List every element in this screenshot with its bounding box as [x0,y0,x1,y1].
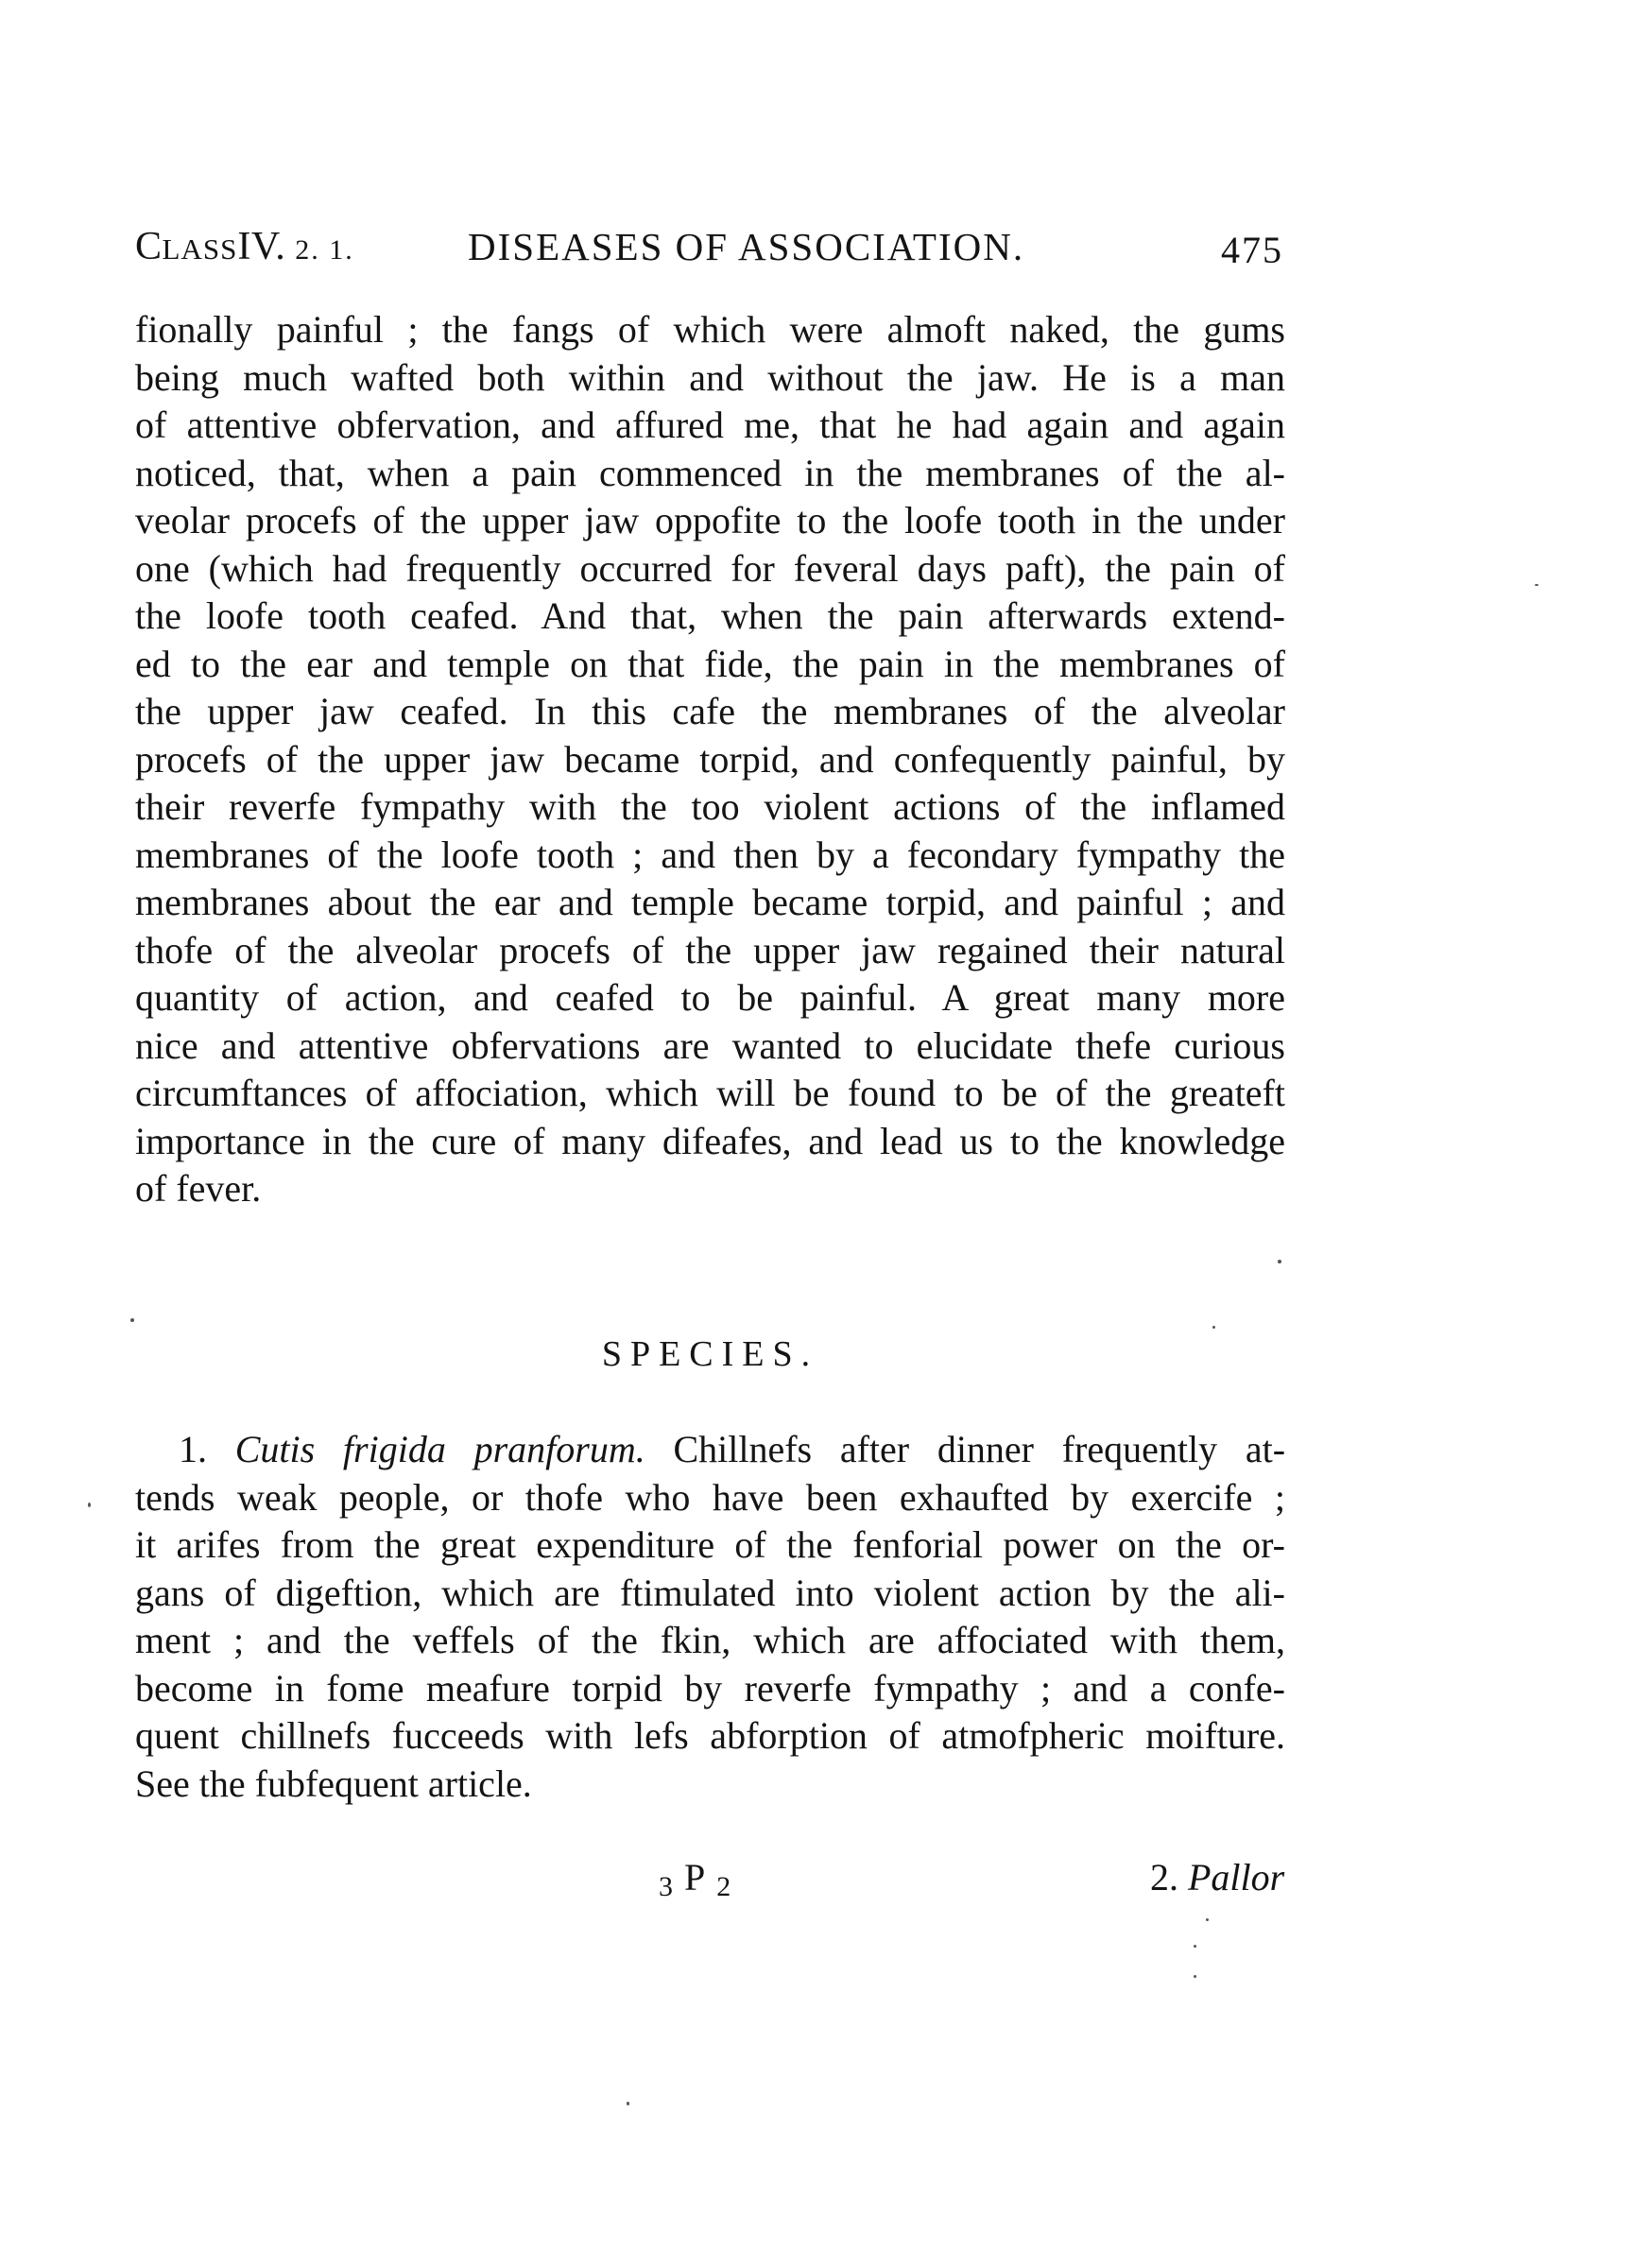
catchword-number: 2. [1150,1856,1178,1899]
text-line: See the fubfequent article. [135,1761,1285,1809]
running-header: CLASSIV.2. 1. DISEASES OF ASSOCIATION. 4… [135,223,1285,270]
text-line: tends weak people, or thofe who have bee… [135,1474,1285,1522]
scan-speck [1535,584,1538,586]
text-line: membranes of the loofe tooth ; and then … [135,832,1285,880]
text-line: membranes about the ear and temple becam… [135,879,1285,927]
text-line: importance in the cure of many difeafes,… [135,1118,1285,1166]
class-label: CLASSIV.2. 1. [135,223,354,274]
text-line: ed to the ear and temple on that fide, t… [135,641,1285,689]
text-line: of attentive obfervation, and affured me… [135,402,1285,450]
text-line: thofe of the alveolar procefs of the upp… [135,927,1285,975]
scan-speck [1194,1975,1196,1978]
scan-speck [1278,1260,1281,1263]
signature-mark: 3P2 [659,1854,731,1905]
text-line: veolar procefs of the upper jaw oppofite… [135,497,1285,545]
text-line: gans of digeftion, which are ftimulated … [135,1570,1285,1618]
running-title: DISEASES OF ASSOCIATION. [468,223,1024,270]
scan-speck [627,2102,629,2105]
text-line: circumftances of affociation, which will… [135,1070,1285,1118]
text-line: become in fome meafure torpid by reverfe… [135,1665,1285,1713]
section-number: 2. 1. [295,234,354,266]
species-latin-name: Cutis frigida pranforum. [235,1428,645,1470]
species-entry-1: 1. Cutis frigida pranforum. Chillnefs af… [135,1426,1285,1808]
text-line: procefs of the upper jaw became torpid, … [135,736,1285,784]
text-line: of fever. [135,1165,1285,1213]
scan-speck [1206,1918,1209,1921]
class-label-smallcaps: LASS [163,232,238,266]
species-first-line: 1. Cutis frigida pranforum. Chillnefs af… [135,1426,1285,1474]
scan-speck [1194,1945,1196,1948]
class-numeral: IV. [237,225,285,268]
scan-speck [130,1318,134,1322]
paragraph-continuation: fionally painful ; the fangs of which we… [135,306,1285,1213]
page-number: 475 [1221,227,1283,274]
signature-leaf-number: 2 [716,1871,731,1902]
text-line: nice and attentive obfervations are want… [135,1022,1285,1071]
text-line: noticed, that, when a pain commenced in … [135,450,1285,498]
text-line: it arifes from the great expenditure of … [135,1521,1285,1570]
class-label-initial: C [135,225,163,268]
text-line: quent chillnefs fucceeds with lefs abfor… [135,1712,1285,1761]
scan-speck [88,1503,91,1507]
text-line: being much wafted both within and withou… [135,354,1285,403]
signature-letter: P [684,1856,705,1899]
book-page: CLASSIV.2. 1. DISEASES OF ASSOCIATION. 4… [0,0,1633,2268]
text-line: the upper jaw ceafed. In this cafe the m… [135,688,1285,736]
catchword: 2. Pallor [1150,1854,1284,1901]
scan-speck [1212,1326,1215,1329]
catchword-word: Pallor [1188,1856,1284,1899]
section-heading-species: SPECIES. [135,1331,1285,1378]
text-line: the loofe tooth ceafed. And that, when t… [135,593,1285,641]
text-line: their reverfe fympathy with the too viol… [135,783,1285,832]
text-line: fionally painful ; the fangs of which we… [135,306,1285,354]
species-number: 1. [179,1428,207,1470]
text-line: ment ; and the veffels of the fkin, whic… [135,1617,1285,1665]
text-line: quantity of action, and ceafed to be pai… [135,974,1285,1022]
text-line: one (which had frequently occurred for f… [135,545,1285,593]
species-description-start: Chillnefs after dinner frequently at- [673,1428,1285,1470]
signature-gathering-number: 3 [659,1871,673,1902]
